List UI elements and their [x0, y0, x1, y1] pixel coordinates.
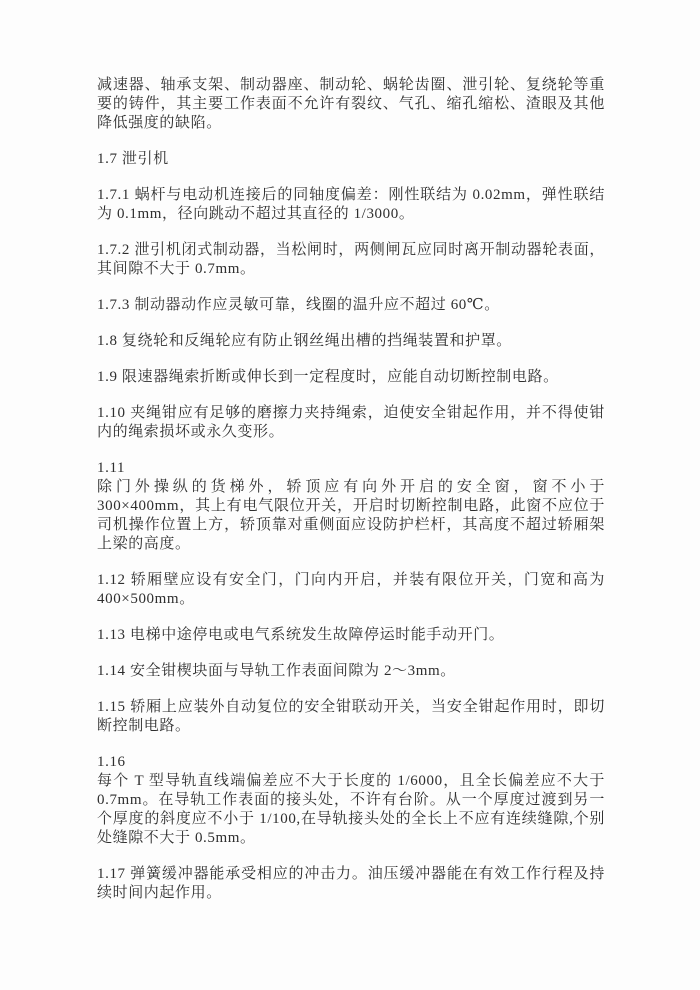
clause-1-16-text: 每个 T 型导轨直线端偏差应不大于长度的 1/6000，且全长偏差应不大于 0.…	[97, 773, 605, 846]
heading-1-7-traction-machine: 1.7 泄引机	[97, 150, 605, 169]
clause-1-17: 1.17 弹簧缓冲器能承受相应的冲击力。油压缓冲器能在有效工作行程及持续时间内起…	[97, 865, 605, 903]
document-page: 减速器、轴承支架、制动器座、制动轮、蜗轮齿圈、泄引轮、复绕轮等重要的铸件，其主要…	[0, 0, 700, 990]
clause-1-10: 1.10 夹绳钳应有足够的磨擦力夹持绳索，迫使安全钳起作用，并不得使钳内的绳索损…	[97, 404, 605, 442]
clause-1-9: 1.9 限速器绳索折断或伸长到一定程度时，应能自动切断控制电路。	[97, 368, 605, 387]
clause-1-13: 1.13 电梯中途停电或电气系统发生故障停运时能手动开门。	[97, 626, 605, 645]
clause-1-16: 1.16 每个 T 型导轨直线端偏差应不大于长度的 1/6000，且全长偏差应不…	[97, 753, 605, 848]
clause-1-11-text: 除门外操纵的货梯外，轿顶应有向外开启的安全窗，窗不小于 300×400mm，其上…	[97, 479, 605, 552]
clause-1-11-number: 1.11	[97, 459, 605, 478]
clause-1-7-3: 1.7.3 制动器动作应灵敏可靠，线圈的温升应不超过 60℃。	[97, 296, 605, 315]
clause-1-8: 1.8 复绕轮和反绳轮应有防止钢丝绳出槽的挡绳装置和护罩。	[97, 332, 605, 351]
clause-1-7-2: 1.7.2 泄引机闭式制动器，当松闸时，两侧闸瓦应同时离开制动器轮表面，其间隙不…	[97, 241, 605, 279]
clause-1-12: 1.12 轿厢壁应设有安全门，门向内开启，并装有限位开关，门宽和高为 400×5…	[97, 571, 605, 609]
clause-1-14: 1.14 安全钳楔块面与导轨工作表面间隙为 2～3mm。	[97, 662, 605, 681]
paragraph-casting-defects: 减速器、轴承支架、制动器座、制动轮、蜗轮齿圈、泄引轮、复绕轮等重要的铸件，其主要…	[97, 76, 605, 133]
document-text-block: 减速器、轴承支架、制动器座、制动轮、蜗轮齿圈、泄引轮、复绕轮等重要的铸件，其主要…	[97, 76, 605, 903]
clause-1-7-1: 1.7.1 蜗杆与电动机连接后的同轴度偏差：刚性联结为 0.02mm，弹性联结为…	[97, 186, 605, 224]
clause-1-16-number: 1.16	[97, 753, 605, 772]
clause-1-15: 1.15 轿厢上应装外自动复位的安全钳联动开关，当安全钳起作用时，即切断控制电路…	[97, 698, 605, 736]
clause-1-11: 1.11 除门外操纵的货梯外，轿顶应有向外开启的安全窗，窗不小于 300×400…	[97, 459, 605, 554]
